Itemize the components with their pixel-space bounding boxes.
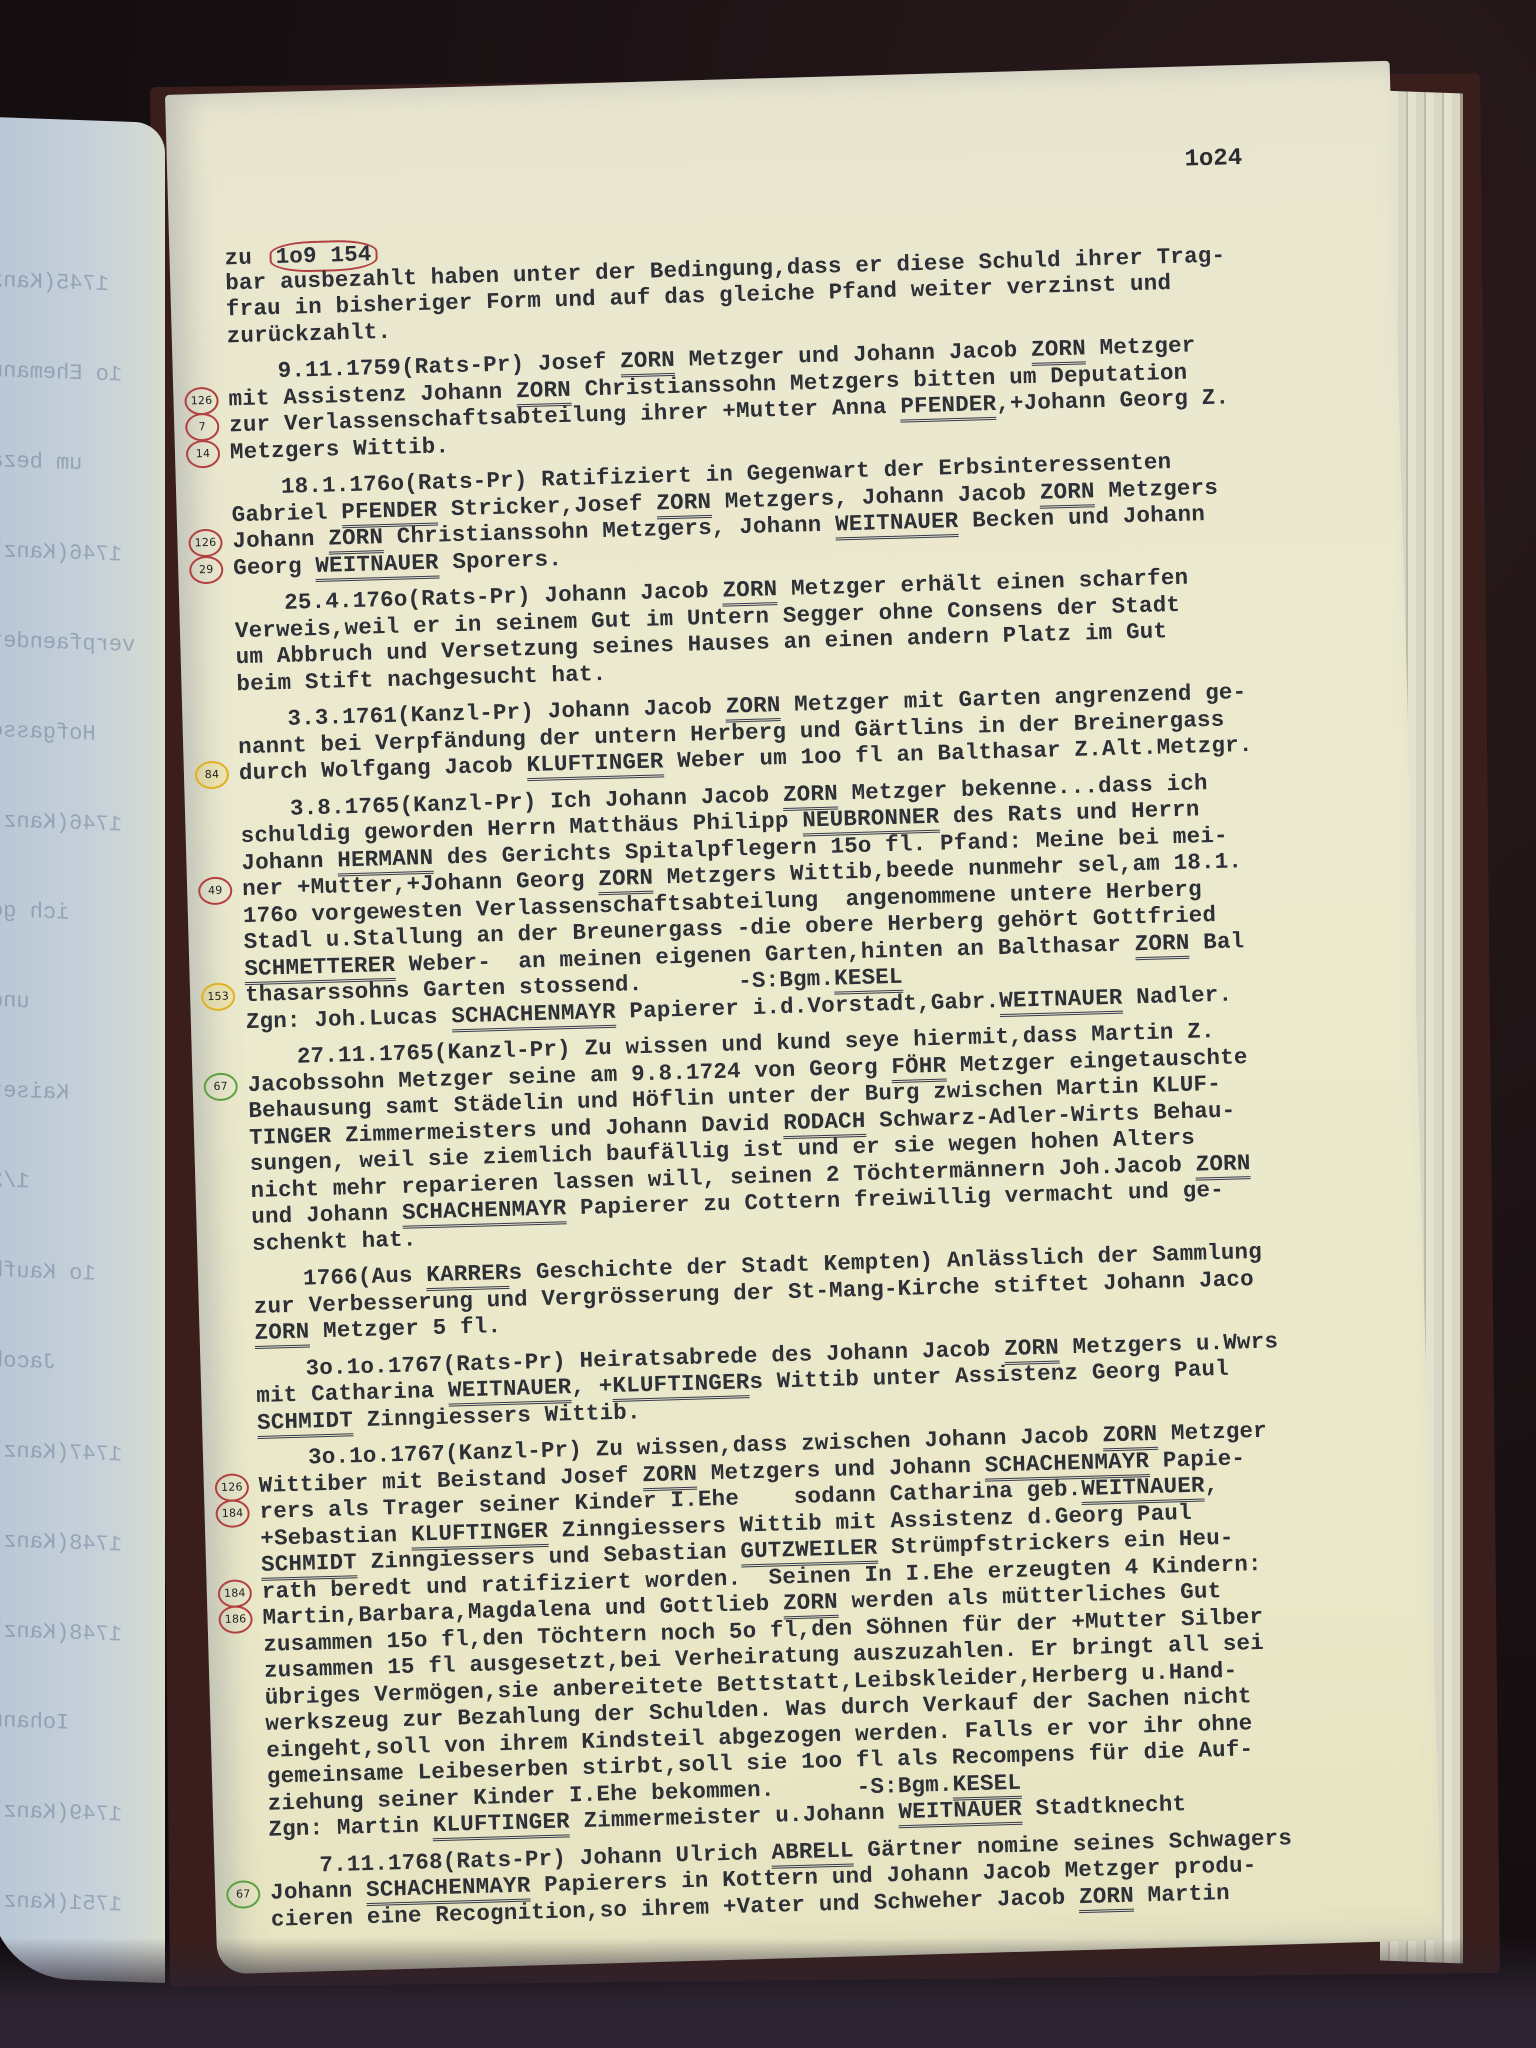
bleed-through-text: 1745(Kanz [0, 267, 165, 301]
bleed-through-text: 1/2 [0, 1167, 165, 1201]
record-entry: 3o.1o.1767(Kanzl-Pr) Zu wissen,dass zwis… [258, 1414, 1429, 1844]
bleed-through-text: verpfaendet [0, 627, 165, 661]
margin-reference-circle: 29 [189, 555, 224, 584]
bleed-through-text: 1749(Kanzl [0, 1797, 165, 1831]
continuation-paragraph: zu 1o9 154bar ausbezahlt haben unter der… [224, 211, 1387, 349]
record-entry: 27.11.1765(Kanzl-Pr) Zu wissen und kund … [247, 1013, 1412, 1257]
bleed-through-text: 1748(Kanzl [0, 1527, 165, 1561]
margin-reference-circle: 153 [201, 982, 236, 1011]
margin-reference-circle: 126 [188, 529, 223, 558]
record-entry: 25.4.176o(Rats-Pr) Johann Jacob ZORN Met… [234, 559, 1397, 697]
bottom-shadow [0, 1938, 1536, 2048]
margin-reference-circle: 49 [198, 876, 233, 905]
bleed-through-text: 1o Kaufb [0, 1257, 165, 1291]
margin-reference-circle: 84 [195, 760, 230, 789]
record-entry: 18.1.176o(Rats-Pr) Ratifiziert in Gegenw… [231, 443, 1394, 581]
margin-reference-circle: 67 [226, 1880, 261, 1909]
record-entry: 3.8.1765(Kanzl-Pr) Ich Johann Jacob ZORN… [240, 764, 1406, 1035]
bleed-through-text: und [0, 987, 165, 1021]
bleed-through-text: 1o Ehemann [0, 357, 165, 391]
left-facing-page: 1745(Kanz1o Ehemannum beza1746(Kanzlverp… [0, 117, 165, 1983]
bleed-through-text: 1747(Kanzl [0, 1437, 165, 1471]
line-text: schenkt hat. [252, 1226, 417, 1257]
page-text: zu 1o9 154bar ausbezahlt haben unter der… [224, 211, 1431, 1943]
margin-reference-circle: 184 [217, 1579, 252, 1608]
bleed-through-text: Kaiser [0, 1077, 165, 1111]
bleed-through-text: Hofgasse [0, 717, 165, 751]
page-number: 1o24 [1184, 145, 1242, 174]
margin-reference-circle: 184 [215, 1499, 250, 1528]
bleed-through-text: 1746(Kanzl [0, 807, 165, 841]
bleed-through-text: Iohann [0, 1707, 165, 1741]
bleed-through-text: 1751(Kanzl [0, 1887, 165, 1921]
bleed-through-text: 1746(Kanzl [0, 537, 165, 571]
bleed-through-text: Jacob [0, 1347, 165, 1381]
margin-reference-circle: 126 [215, 1473, 250, 1502]
margin-reference-circle: 7 [185, 413, 220, 442]
bleed-through-text: 1748(Kanzl [0, 1617, 165, 1651]
margin-reference-circle: 14 [186, 439, 221, 468]
margin-reference-circle: 67 [203, 1072, 238, 1101]
bleed-through-text: ich ge [0, 897, 165, 931]
record-entry: 9.11.1759(Rats-Pr) Josef ZORN Metzger un… [227, 327, 1390, 465]
line-text: Metzgers Wittib. [230, 433, 450, 465]
line-text: ZORN Metzger 5 fl. [254, 1313, 501, 1349]
bleed-through-text: um beza [0, 447, 165, 481]
margin-reference-circle: 186 [218, 1605, 253, 1634]
typewritten-page: 1o24 zu 1o9 154bar ausbezahlt haben unte… [165, 61, 1442, 1974]
margin-reference-circle: 126 [184, 386, 219, 415]
line-text: zurückzahlt. [226, 318, 391, 349]
